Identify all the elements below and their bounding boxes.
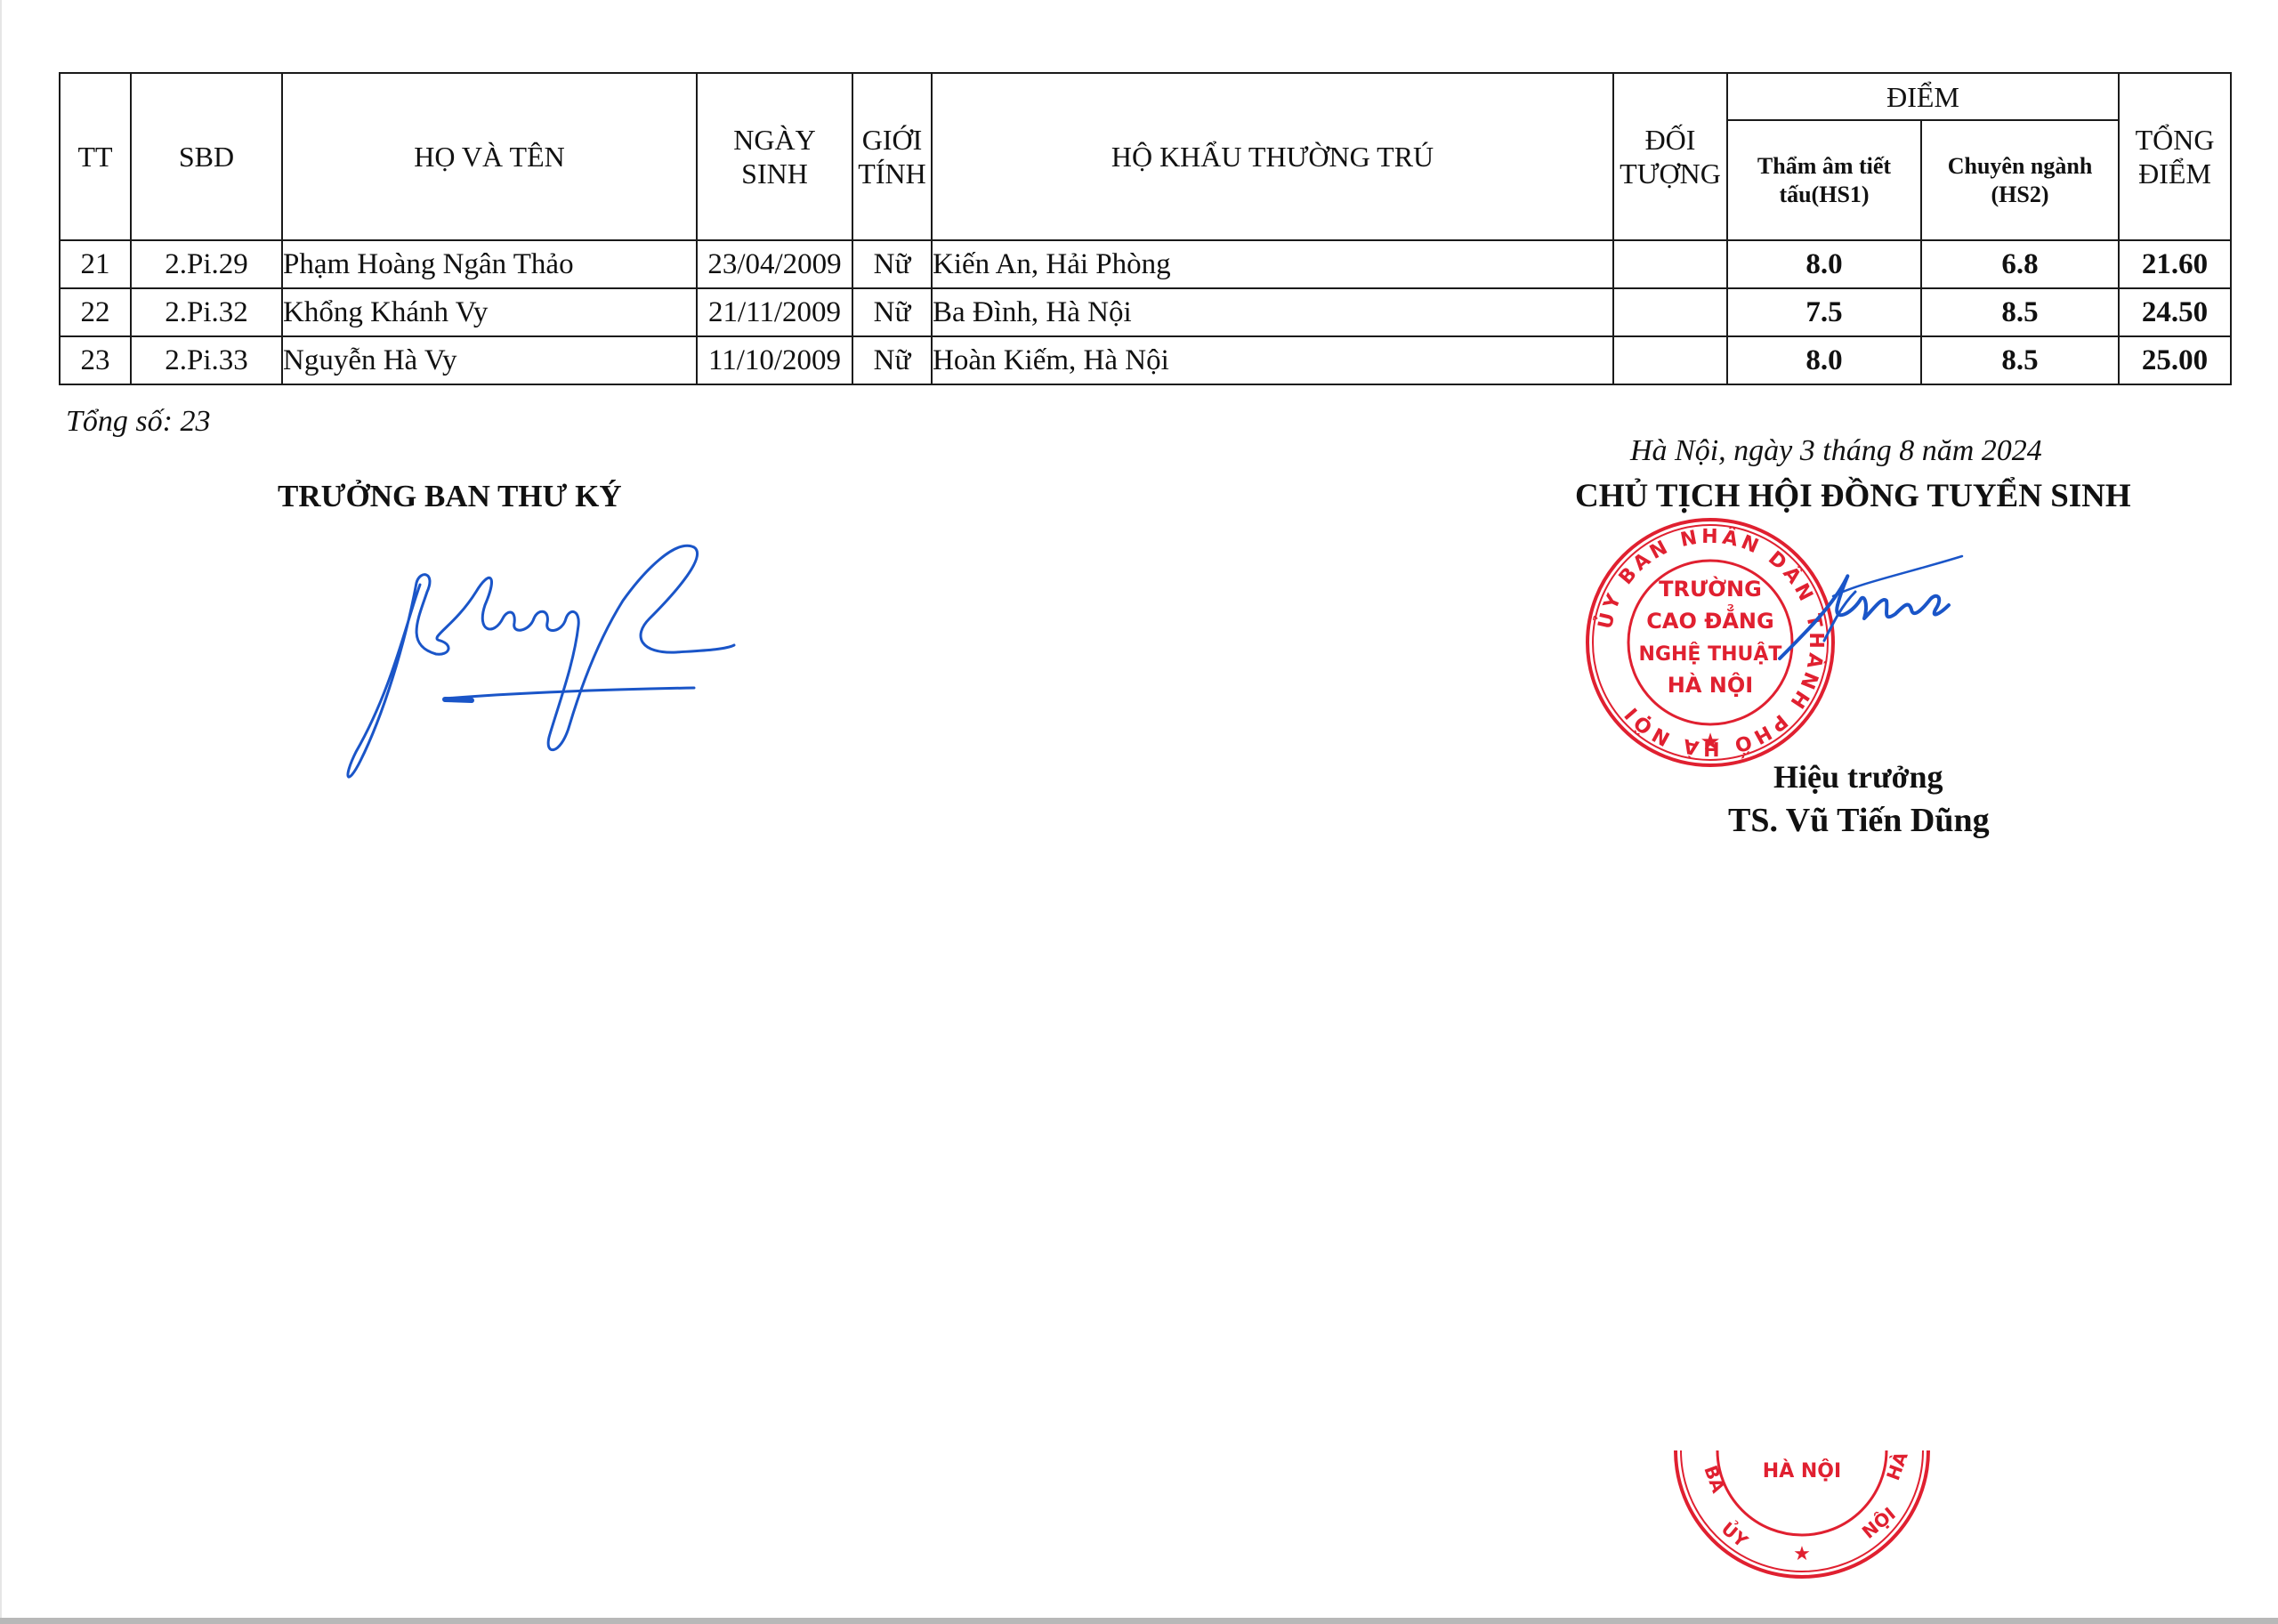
cell-total: 21.60 bbox=[2119, 240, 2231, 288]
header-total-line1: TỔNG bbox=[2136, 124, 2215, 156]
header-total-line2: ĐIỂM bbox=[2138, 158, 2211, 190]
chairman-signature-icon bbox=[1771, 552, 1967, 685]
header-hs2-line1: Chuyên ngành bbox=[1948, 153, 2093, 179]
cell-sbd: 2.Pi.29 bbox=[131, 240, 282, 288]
svg-text:HÀ NỘI: HÀ NỘI bbox=[1668, 671, 1753, 698]
header-hs2: Chuyên ngành (HS2) bbox=[1921, 120, 2119, 240]
signer-name: TS. Vũ Tiến Dũng bbox=[1728, 801, 1990, 840]
cell-dob: 21/11/2009 bbox=[697, 288, 852, 336]
header-dob: NGÀY SINH bbox=[697, 73, 852, 240]
cell-dob: 23/04/2009 bbox=[697, 240, 852, 288]
header-dob-line2: SINH bbox=[741, 158, 808, 190]
cell-category bbox=[1613, 240, 1727, 288]
cell-address: Ba Đình, Hà Nội bbox=[932, 288, 1613, 336]
cell-category bbox=[1613, 336, 1727, 384]
cell-gender: Nữ bbox=[852, 240, 932, 288]
header-gender-line1: GIỚI bbox=[862, 124, 923, 156]
cell-hs1: 7.5 bbox=[1727, 288, 1921, 336]
header-row: TT SBD HỌ VÀ TÊN NGÀY SINH GIỚI TÍNH HỘ … bbox=[60, 73, 2231, 120]
table-row: 22 2.Pi.32 Khổng Khánh Vy 21/11/2009 Nữ … bbox=[60, 288, 2231, 336]
cell-hs2: 8.5 bbox=[1921, 336, 2119, 384]
cell-tt: 23 bbox=[60, 336, 131, 384]
svg-text:BA: BA bbox=[1700, 1463, 1729, 1497]
header-category-line1: ĐỐI bbox=[1645, 124, 1696, 156]
cell-name: Khổng Khánh Vy bbox=[282, 288, 697, 336]
header-hs1-line1: Thẩm âm tiết bbox=[1757, 153, 1891, 179]
svg-text:CAO ĐẲNG: CAO ĐẲNG bbox=[1646, 602, 1773, 634]
header-hs1: Thẩm âm tiết tấu(HS1) bbox=[1727, 120, 1921, 240]
cell-sbd: 2.Pi.33 bbox=[131, 336, 282, 384]
header-gender: GIỚI TÍNH bbox=[852, 73, 932, 240]
partial-stamp-icon: HÀ NỘI ★ BA ỦY NỘI HÀ bbox=[1668, 1446, 1935, 1580]
header-total: TỔNG ĐIỂM bbox=[2119, 73, 2231, 240]
results-table: TT SBD HỌ VÀ TÊN NGÀY SINH GIỚI TÍNH HỘ … bbox=[59, 72, 2232, 385]
cell-address: Kiến An, Hải Phòng bbox=[932, 240, 1613, 288]
cell-name: Phạm Hoàng Ngân Thảo bbox=[282, 240, 697, 288]
header-hs2-line2: (HS2) bbox=[1991, 182, 2049, 207]
header-hs1-line2: tấu(HS1) bbox=[1779, 182, 1869, 207]
date-line: Hà Nội, ngày 3 tháng 8 năm 2024 bbox=[1630, 434, 2042, 468]
svg-text:★: ★ bbox=[1793, 1543, 1811, 1565]
cell-gender: Nữ bbox=[852, 288, 932, 336]
cell-hs1: 8.0 bbox=[1727, 336, 1921, 384]
header-name: HỌ VÀ TÊN bbox=[282, 73, 697, 240]
cell-tt: 22 bbox=[60, 288, 131, 336]
header-tt: TT bbox=[60, 73, 131, 240]
svg-text:NGHỆ THUẬT: NGHỆ THUẬT bbox=[1639, 642, 1782, 666]
header-category: ĐỐI TƯỢNG bbox=[1613, 73, 1727, 240]
page-edge bbox=[0, 0, 2, 1624]
header-category-line2: TƯỢNG bbox=[1620, 158, 1721, 190]
signer-role: Hiệu trưởng bbox=[1773, 758, 1943, 796]
table-row: 23 2.Pi.33 Nguyễn Hà Vy 11/10/2009 Nữ Ho… bbox=[60, 336, 2231, 384]
header-gender-line2: TÍNH bbox=[858, 158, 925, 190]
header-dob-line1: NGÀY bbox=[733, 124, 815, 156]
cell-total: 25.00 bbox=[2119, 336, 2231, 384]
cell-sbd: 2.Pi.32 bbox=[131, 288, 282, 336]
cell-total: 24.50 bbox=[2119, 288, 2231, 336]
cell-name: Nguyễn Hà Vy bbox=[282, 336, 697, 384]
cell-category bbox=[1613, 288, 1727, 336]
secretary-title: TRƯỞNG BAN THƯ KÝ bbox=[278, 479, 622, 514]
svg-text:HÀ NỘI: HÀ NỘI bbox=[1763, 1458, 1841, 1483]
header-address: HỘ KHẨU THƯỜNG TRÚ bbox=[932, 73, 1613, 240]
svg-text:★: ★ bbox=[1700, 729, 1720, 755]
cell-address: Hoàn Kiếm, Hà Nội bbox=[932, 336, 1613, 384]
document-page: TT SBD HỌ VÀ TÊN NGÀY SINH GIỚI TÍNH HỘ … bbox=[0, 0, 2278, 1624]
table-row: 21 2.Pi.29 Phạm Hoàng Ngân Thảo 23/04/20… bbox=[60, 240, 2231, 288]
header-score-group: ĐIỂM bbox=[1727, 73, 2119, 120]
cell-hs1: 8.0 bbox=[1727, 240, 1921, 288]
svg-text:TRƯỜNG: TRƯỜNG bbox=[1659, 575, 1762, 602]
total-count: Tổng số: 23 bbox=[66, 405, 210, 439]
cell-hs2: 6.8 bbox=[1921, 240, 2119, 288]
chairman-title: CHỦ TỊCH HỘI ĐỒNG TUYỂN SINH bbox=[1575, 477, 2131, 515]
cell-hs2: 8.5 bbox=[1921, 288, 2119, 336]
cell-gender: Nữ bbox=[852, 336, 932, 384]
page-bottom-edge bbox=[0, 1618, 2278, 1624]
header-sbd: SBD bbox=[131, 73, 282, 240]
cell-dob: 11/10/2009 bbox=[697, 336, 852, 384]
secretary-signature-icon bbox=[320, 521, 739, 779]
cell-tt: 21 bbox=[60, 240, 131, 288]
